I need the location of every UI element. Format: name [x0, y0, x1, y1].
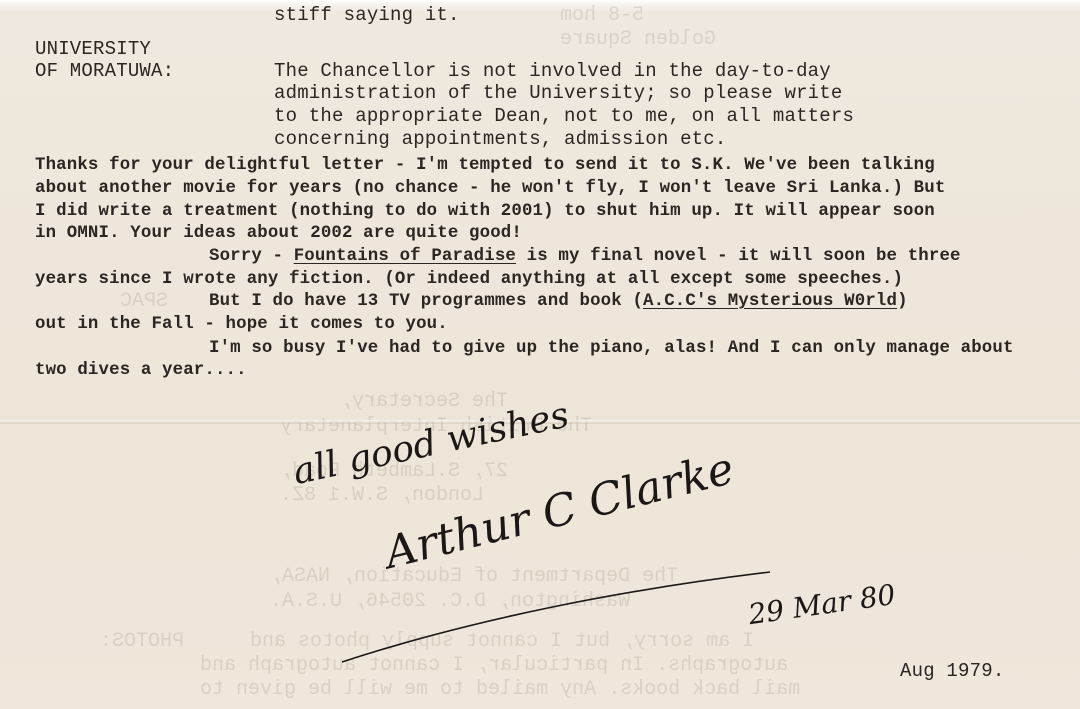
typed-date: Aug 1979.	[900, 660, 1004, 682]
signature-underline-stroke	[0, 0, 1080, 709]
